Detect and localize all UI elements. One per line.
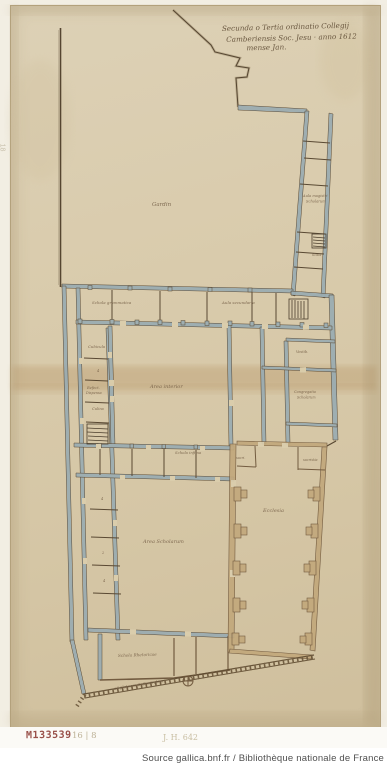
cell-mark: 4 (102, 579, 105, 583)
well-symbol (183, 676, 193, 686)
label-sacristy-small: sacri. (236, 456, 245, 460)
pencil-note: J. H. 642 (163, 733, 198, 742)
label-wing-room-1: Aula magistri (302, 194, 328, 198)
source-attribution: Source gallica.bnf.fr / Bibliothèque nat… (142, 753, 387, 764)
label-sacristia: sacristia (303, 458, 318, 462)
label-schola-rhetoricae: Schola Rhetoricae (118, 652, 157, 658)
cell-mark: 2 (101, 551, 105, 555)
label-culina: Culina (92, 407, 104, 411)
shelfmark-suffix: 16 | 8 (72, 731, 97, 741)
scanned-document-page: Secunda o Tertia ordinatio Collegij Camb… (0, 0, 387, 768)
label-wing-stairs: Scala (312, 253, 321, 257)
cell-mark: 4 (96, 369, 99, 373)
label-cubicula: Cubicula (88, 344, 106, 349)
label-vestibulum: Vestib. (296, 350, 308, 354)
label-area-scholarum: Area Scholarum (142, 539, 184, 545)
inscription-line-3: mense Jan. (246, 42, 286, 52)
cell-mark: 4 (100, 497, 103, 501)
shelfmark-stamp: M133539 (26, 730, 72, 741)
label-schola-grammatica: Schola grammatica (92, 300, 132, 305)
church-ecclesia (228, 441, 327, 659)
label-schola-infima: Schola infima (175, 450, 202, 455)
gallica-footer-bar: Source gallica.bnf.fr / Bibliothèque nat… (0, 748, 387, 768)
staircase-symbol (289, 299, 308, 319)
label-wing-room-2: Scholarum (306, 200, 326, 204)
label-garden: Gardin (152, 202, 172, 208)
north-wing (291, 111, 333, 298)
label-congregatio-2: Scholarum (297, 396, 316, 400)
margin-note: 18 (0, 144, 5, 152)
label-aula-secundaria: Aula secundaria (221, 300, 255, 305)
label-congregatio-1: Congregatio (294, 390, 316, 394)
label-ecclesia: Ecclesia (262, 508, 284, 514)
floor-plan-drawing: Secunda o Tertia ordinatio Collegij Camb… (0, 0, 387, 768)
label-refectorium-2: Dispensa (85, 391, 102, 395)
staircase-symbol (87, 424, 108, 444)
label-area-interior: Area interior (149, 384, 183, 390)
label-refectorium-1: Refect. (86, 386, 100, 390)
